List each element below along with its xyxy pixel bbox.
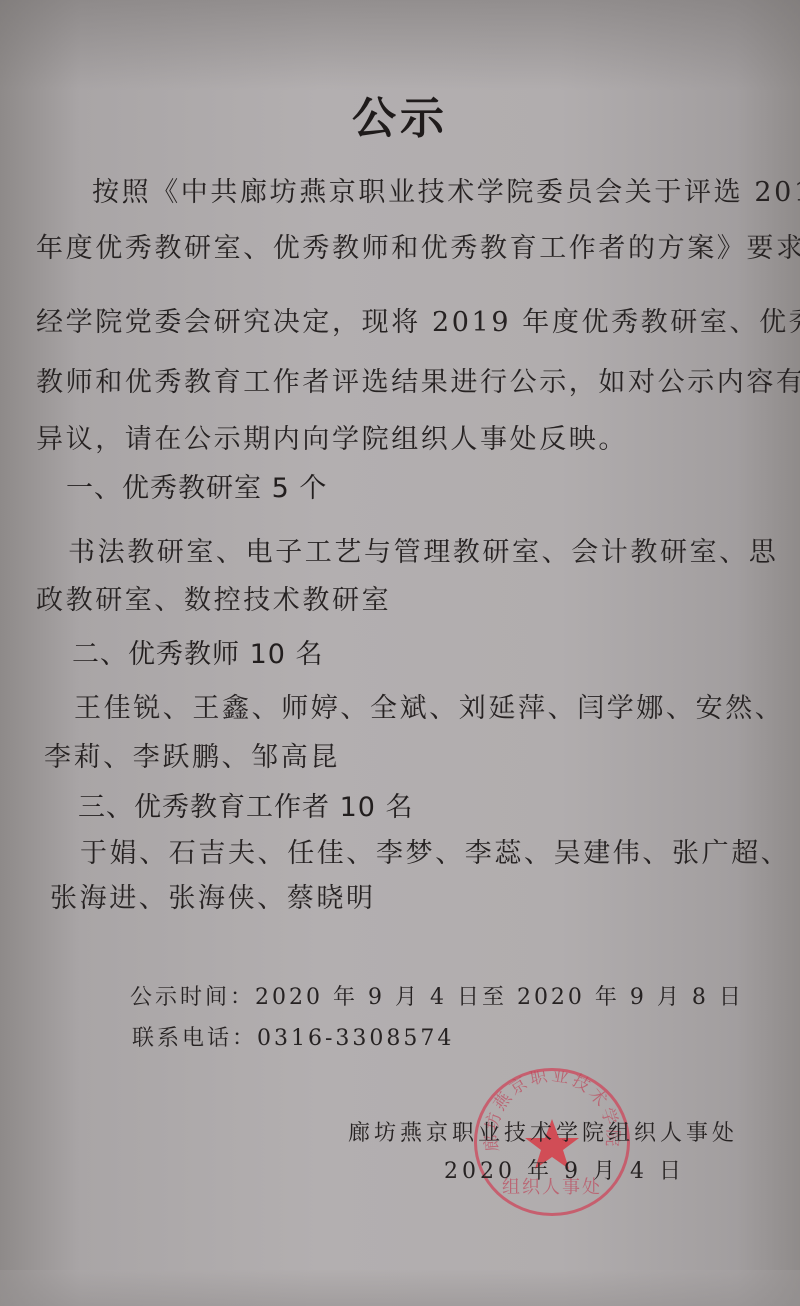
intro-line: 年度优秀教研室、优秀教师和优秀教育工作者的方案》要求， bbox=[36, 226, 800, 265]
section-heading: 一、优秀教研室 5 个 bbox=[66, 466, 327, 505]
section-heading: 二、优秀教师 10 名 bbox=[72, 632, 324, 671]
intro-line: 异议，请在公示期内向学院组织人事处反映。 bbox=[36, 417, 628, 456]
photo-shadow-bottom bbox=[0, 1270, 800, 1306]
publicity-period: 公示时间：2020 年 9 月 4 日至 2020 年 9 月 8 日 bbox=[130, 980, 744, 1011]
section-line: 书法教研室、电子工艺与管理教研室、会计教研室、思 bbox=[68, 530, 778, 569]
section-line: 于娟、石吉夫、任佳、李梦、李蕊、吴建伟、张广超、 bbox=[80, 831, 790, 870]
section-line: 张海进、张海侠、蔡晓明 bbox=[50, 876, 376, 915]
notice-document: 公示 按照《中共廊坊燕京职业技术学院委员会关于评选 2019 年度优秀教研室、优… bbox=[0, 0, 800, 1306]
signature-organization: 廊坊燕京职业技术学院组织人事处 bbox=[348, 1116, 738, 1147]
section-line: 李莉、李跃鹏、邹高昆 bbox=[44, 735, 340, 774]
intro-line: 按照《中共廊坊燕京职业技术学院委员会关于评选 2019 bbox=[92, 170, 800, 209]
signature-date: 2020 年 9 月 4 日 bbox=[444, 1154, 685, 1185]
section-heading: 三、优秀教育工作者 10 名 bbox=[78, 785, 414, 824]
intro-line: 经学院党委会研究决定，现将 2019 年度优秀教研室、优秀 bbox=[36, 300, 800, 339]
section-line: 政教研室、数控技术教研室 bbox=[36, 578, 391, 617]
intro-line: 教师和优秀教育工作者评选结果进行公示，如对公示内容有 bbox=[36, 360, 800, 399]
section-line: 王佳锐、王鑫、师婷、全斌、刘延萍、闫学娜、安然、 bbox=[74, 686, 784, 725]
page-title: 公示 bbox=[0, 82, 800, 146]
contact-phone: 联系电话：0316-3308574 bbox=[132, 1021, 454, 1052]
